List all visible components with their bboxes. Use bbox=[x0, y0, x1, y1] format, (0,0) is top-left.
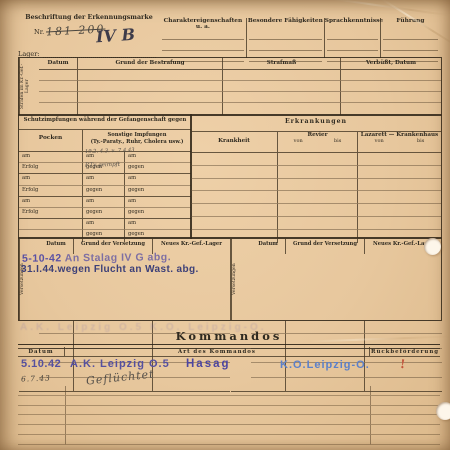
col-grund-bestrafung: Grund der Bestrafung bbox=[78, 58, 223, 70]
kommandos-header: Datum Art des Kommandos Rückbeförderung bbox=[18, 347, 440, 357]
id-tag-title: Beschriftung der Erkennungsmarke bbox=[18, 12, 160, 21]
col-lazarett: Lazarett — Krankenhaus vonbis bbox=[358, 132, 441, 152]
punch-hole bbox=[436, 402, 450, 420]
col-datum: Datum bbox=[251, 238, 286, 254]
col-rueckbefoerderung: Rückbeförderung bbox=[370, 347, 440, 357]
paper-crease bbox=[330, 0, 449, 16]
punch-hole bbox=[424, 238, 441, 255]
kommando-note-crayon: K.O.Leipzig-O. bbox=[280, 359, 370, 371]
punishments-table: Strafen im Kr.-Gef.-Lager Datum Grund de… bbox=[18, 57, 442, 116]
kommandos-title: Kommandos bbox=[18, 329, 440, 343]
illnesses-table: Erkrankungen Krankheit Revier vonbis Laz… bbox=[190, 114, 442, 239]
col-krankheit: Krankheit bbox=[191, 132, 278, 152]
punishments-side-label: Strafen im Kr.-Gef.-Lager bbox=[19, 58, 39, 115]
col-datum: Datum bbox=[39, 58, 78, 70]
transfers-side-label: Versetzungen bbox=[19, 238, 39, 320]
kommandos-empty-rows bbox=[18, 386, 440, 446]
col-verbuesst: Verbüßt, Datum bbox=[341, 58, 441, 70]
id-tag-block: Beschriftung der Erkennungsmarke Nr. 181… bbox=[18, 12, 160, 58]
col-header: Besondere Fähigkeiten bbox=[247, 18, 324, 29]
camp-value-handwritten: IV B bbox=[95, 25, 135, 47]
col-charakter: Charaktereigenschaften u. a. bbox=[160, 18, 246, 58]
col-fuehrung: Führung bbox=[380, 18, 440, 58]
col-header: Sprachkenntnisse bbox=[325, 18, 380, 29]
transfers-right: Versetzungen Datum Grund der Versetzung … bbox=[231, 238, 442, 320]
col-pocken: Pocken bbox=[19, 130, 83, 151]
col-grund-versetzung: Grund der Versetzung bbox=[286, 238, 365, 254]
col-datum: Datum bbox=[18, 347, 65, 357]
characteristics-table: Charaktereigenschaften u. a. Besondere F… bbox=[160, 18, 440, 58]
col-header: Charaktereigenschaften u. a. bbox=[160, 18, 246, 29]
col-revier: Revier vonbis bbox=[278, 132, 358, 152]
col-sprachen: Sprachkenntnisse bbox=[324, 18, 380, 58]
kommando-unit-stamp: A.K. Leipzig O.5 bbox=[70, 358, 170, 370]
col-art-des-kommandos: Art des Kommandos bbox=[65, 347, 370, 357]
transfers-left: Versetzungen Datum Grund der Versetzung … bbox=[19, 238, 231, 320]
handwritten-vaccination-agent: P.Ty geimpft bbox=[85, 161, 147, 168]
kommando-firm-stamp: Hasag bbox=[186, 358, 231, 370]
transfers-table: Versetzungen Datum Grund der Versetzung … bbox=[18, 237, 442, 321]
illnesses-header: Krankheit Revier vonbis Lazarett — Krank… bbox=[191, 132, 441, 153]
transfers-side-label: Versetzungen bbox=[231, 238, 251, 320]
kommando-row-2: 6.7.43 Geflüchtet bbox=[18, 373, 440, 386]
transfer-stamp-1: 5-10-42 An Stalag IV G abg. bbox=[22, 251, 171, 265]
col-faehigkeiten: Besondere Fähigkeiten bbox=[246, 18, 324, 58]
kommando-row-1: 5.10.42 A.K. Leipzig O.5 Hasag K.O.Leipz… bbox=[18, 357, 440, 373]
col-header: Führung bbox=[381, 18, 440, 29]
vaccinations-title: Schutzimpfungen während der Gefangenscha… bbox=[19, 115, 191, 130]
illnesses-title: Erkrankungen bbox=[191, 115, 441, 132]
transfer-stamp-2: 31.I.44.wegen Flucht an Wast. abg. bbox=[21, 264, 199, 275]
red-check-mark: ! bbox=[399, 357, 406, 371]
kommando-date-handwritten: 6.7.43 bbox=[21, 373, 51, 383]
kommando-date-stamp: 5.10.42 bbox=[21, 358, 61, 370]
vaccinations-table: Schutzimpfungen während der Gefangenscha… bbox=[18, 114, 192, 239]
col-strafmass: Strafmaß bbox=[223, 58, 341, 70]
vaccination-rows: amamam Erfolggegengegen amamam Erfolggeg… bbox=[19, 152, 191, 242]
nr-label: Nr. bbox=[34, 28, 44, 36]
